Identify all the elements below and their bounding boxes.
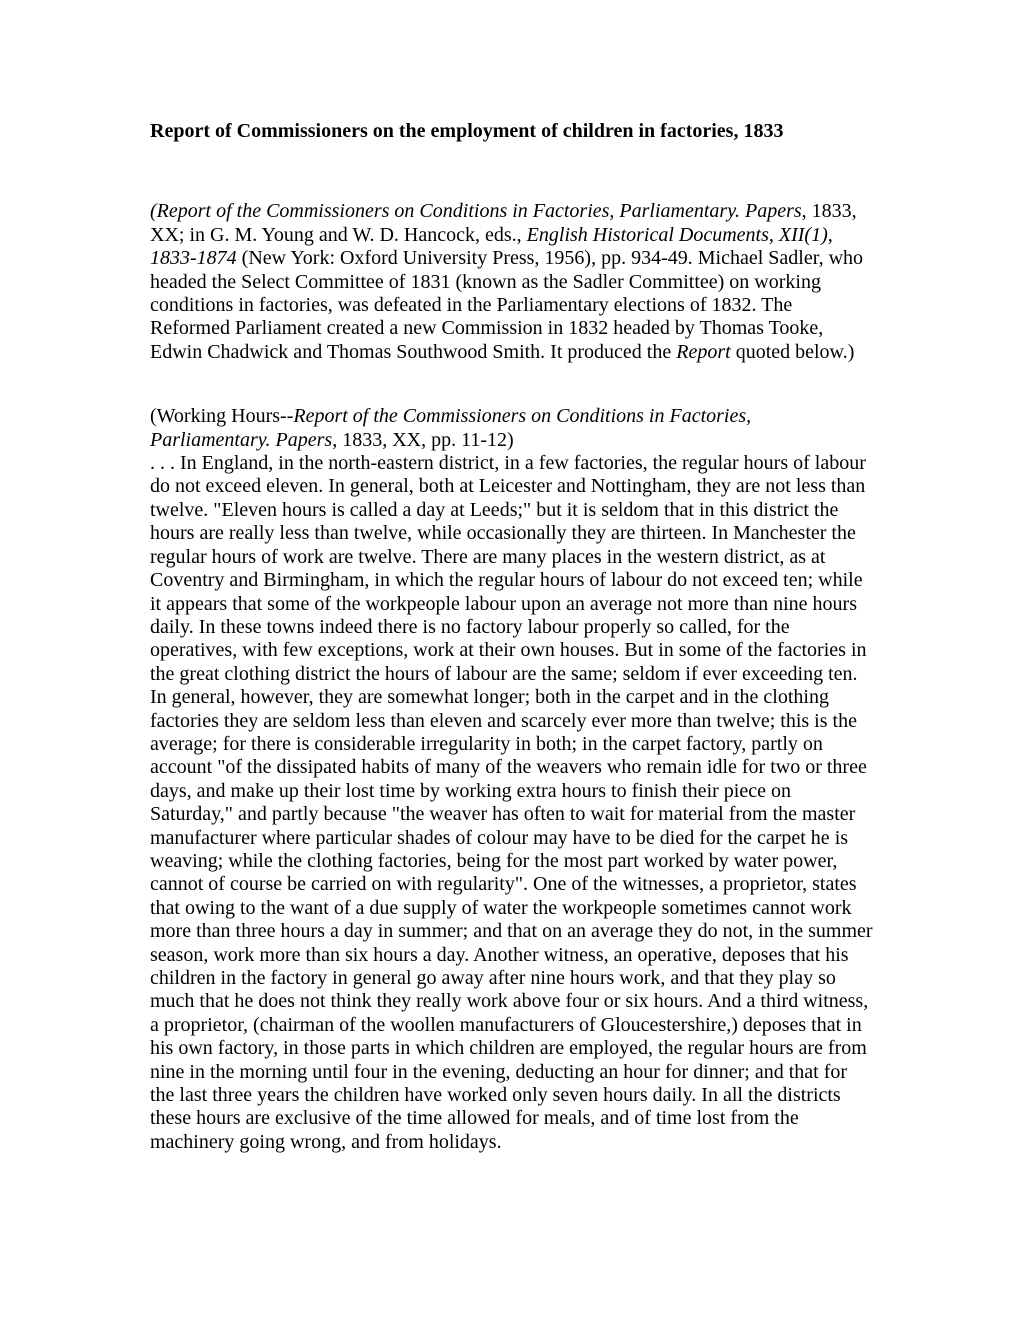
document-title: Report of Commissioners on the employmen… (150, 120, 874, 143)
working-hours-citation-paragraph: (Working Hours--Report of the Commission… (150, 405, 874, 452)
source-note-paragraph-segment-5: quoted below.) (731, 341, 855, 363)
source-note-paragraph: (Report of the Commissioners on Conditio… (150, 200, 874, 364)
paragraph-container: (Report of the Commissioners on Conditio… (150, 200, 874, 1154)
document-page: Report of Commissioners on the employmen… (0, 0, 1020, 1320)
source-note-paragraph-segment-0: (Report of the Commissioners on Conditio… (150, 200, 802, 222)
document-content: Report of Commissioners on the employmen… (150, 120, 874, 1154)
body-text-paragraph: . . . In England, in the north-eastern d… (150, 452, 874, 1154)
working-hours-citation-paragraph-segment-0: (Working Hours-- (150, 405, 293, 427)
body-text-paragraph-segment-0: . . . In England, in the north-eastern d… (150, 452, 873, 1153)
working-hours-citation-paragraph-segment-2: , 1833, XX, pp. 11-12) (332, 429, 513, 451)
source-note-paragraph-segment-4: Report (676, 341, 730, 363)
